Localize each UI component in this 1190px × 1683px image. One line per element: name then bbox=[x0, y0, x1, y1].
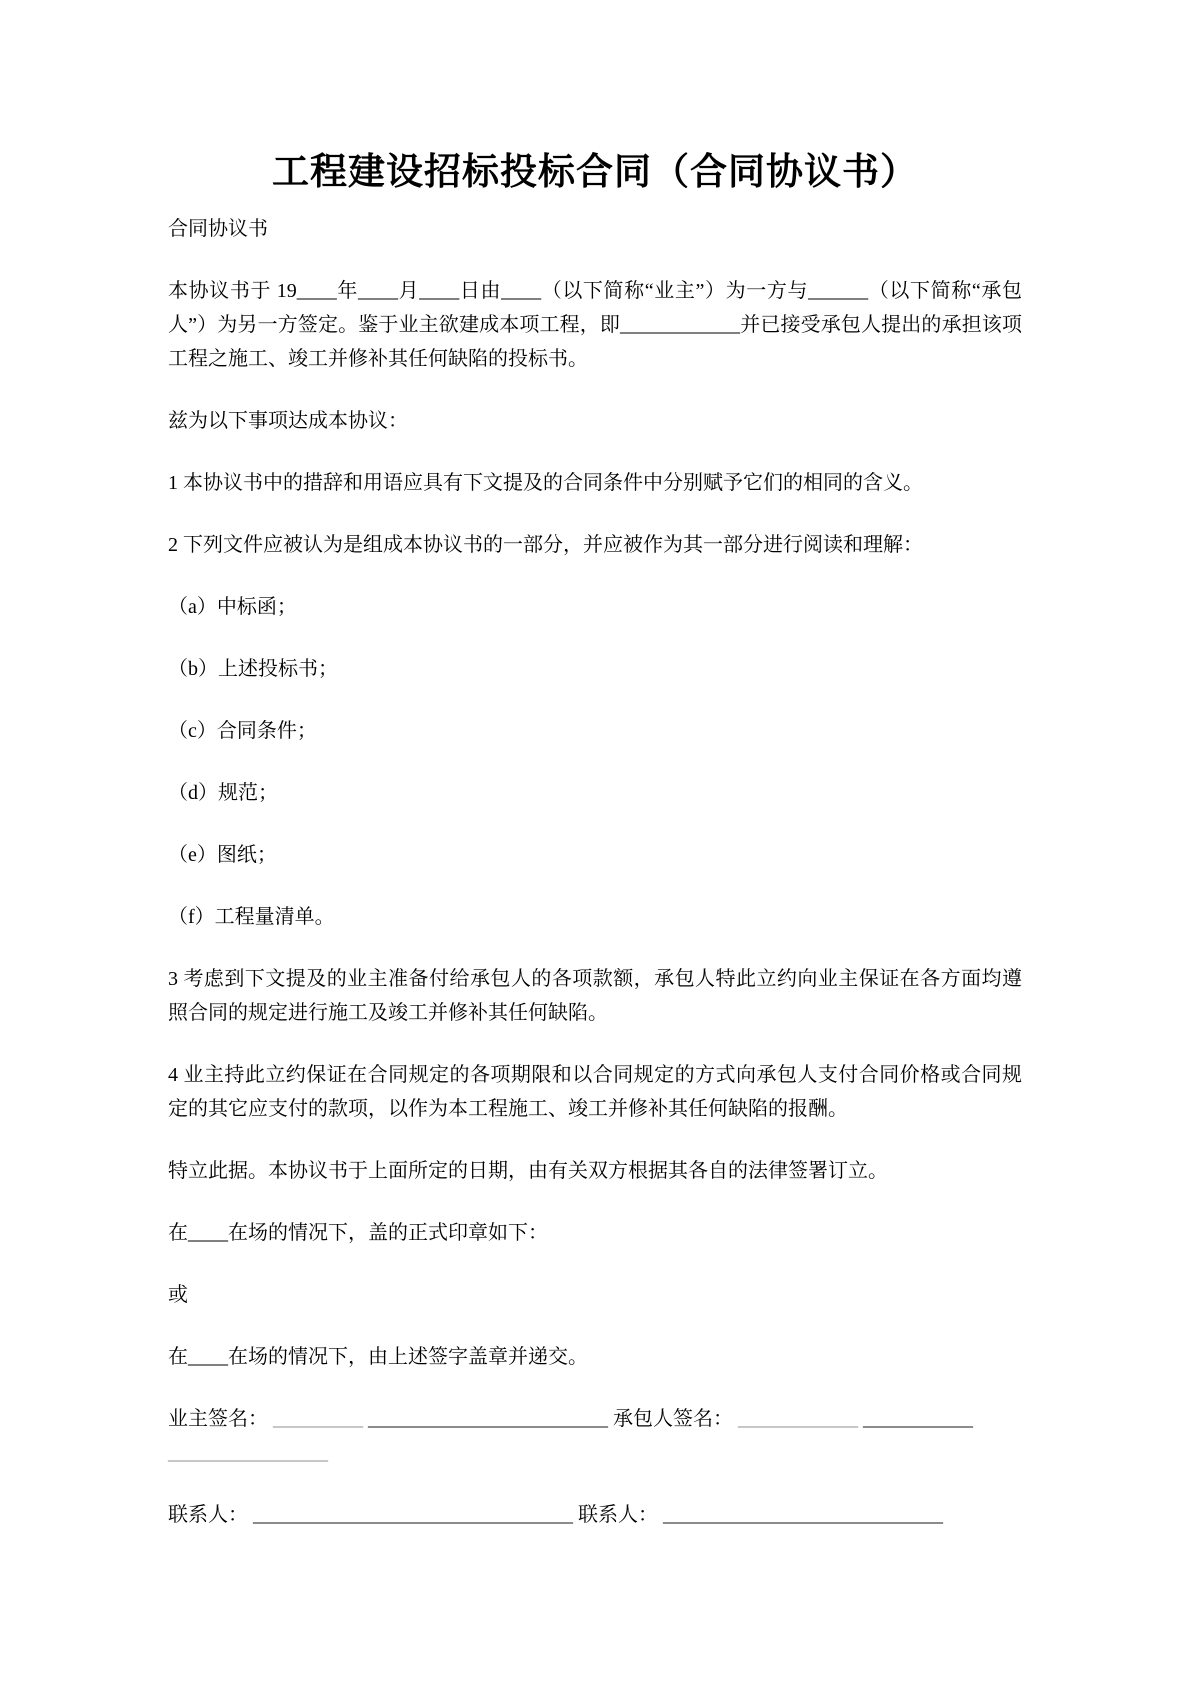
doc-list-item-e: （e）图纸； bbox=[168, 838, 1022, 872]
contractor-contact-label: 联系人： bbox=[578, 1504, 658, 1526]
owner-signature-line-dark: ________________________ bbox=[368, 1408, 608, 1430]
paragraph-sign-deliver: 在____在场的情况下，由上述签字盖章并递交。 bbox=[168, 1340, 1022, 1374]
document-title: 工程建设招标投标合同（合同协议书） bbox=[168, 148, 1022, 196]
contact-row: 联系人： ________________________________ 联系… bbox=[168, 1498, 1022, 1532]
contractor-contact-line: ____________________________ bbox=[663, 1504, 943, 1526]
document-page: 工程建设招标投标合同（合同协议书） 合同协议书 本协议书于 19____年___… bbox=[0, 0, 1190, 1683]
signature-continuation-underscores: ________________ bbox=[168, 1442, 328, 1464]
clause-2: 2 下列文件应被认为是组成本协议书的一部分，并应被作为其一部分进行阅读和理解： bbox=[168, 528, 1022, 562]
paragraph-or: 或 bbox=[168, 1278, 1022, 1312]
paragraph-agreement-lead: 兹为以下事项达成本协议： bbox=[168, 404, 1022, 438]
document-subtitle: 合同协议书 bbox=[168, 212, 1022, 246]
signature-row: 业主签名： _________ ________________________… bbox=[168, 1402, 1022, 1436]
owner-contact-label: 联系人： bbox=[168, 1504, 248, 1526]
doc-list-item-c: （c）合同条件； bbox=[168, 714, 1022, 748]
doc-list-item-f: （f）工程量清单。 bbox=[168, 900, 1022, 934]
clause-1: 1 本协议书中的措辞和用语应具有下文提及的合同条件中分别赋予它们的相同的含义。 bbox=[168, 466, 1022, 500]
signature-continuation-line: ________________ bbox=[168, 1436, 1022, 1470]
doc-list-item-b: （b）上述投标书； bbox=[168, 652, 1022, 686]
paragraph-seal-present: 在____在场的情况下，盖的正式印章如下： bbox=[168, 1216, 1022, 1250]
clause-3: 3 考虑到下文提及的业主准备付给承包人的各项款额，承包人特此立约向业主保证在各方… bbox=[168, 962, 1022, 1030]
owner-signature-line-light: _________ bbox=[273, 1408, 363, 1430]
doc-list-item-a: （a）中标函； bbox=[168, 590, 1022, 624]
paragraph-witness: 特立此据。本协议书于上面所定的日期，由有关双方根据其各自的法律签署订立。 bbox=[168, 1154, 1022, 1188]
owner-signature-label: 业主签名： bbox=[168, 1408, 268, 1430]
paragraph-preamble: 本协议书于 19____年____月____日由____（以下简称“业主”）为一… bbox=[168, 274, 1022, 376]
contractor-signature-line-dark: ___________ bbox=[863, 1408, 973, 1430]
contractor-signature-line-light: ____________ bbox=[738, 1408, 858, 1430]
doc-list-item-d: （d）规范； bbox=[168, 776, 1022, 810]
owner-contact-line: ________________________________ bbox=[253, 1504, 573, 1526]
clause-4: 4 业主持此立约保证在合同规定的各项期限和以合同规定的方式向承包人支付合同价格或… bbox=[168, 1058, 1022, 1126]
contractor-signature-label: 承包人签名： bbox=[613, 1408, 733, 1430]
